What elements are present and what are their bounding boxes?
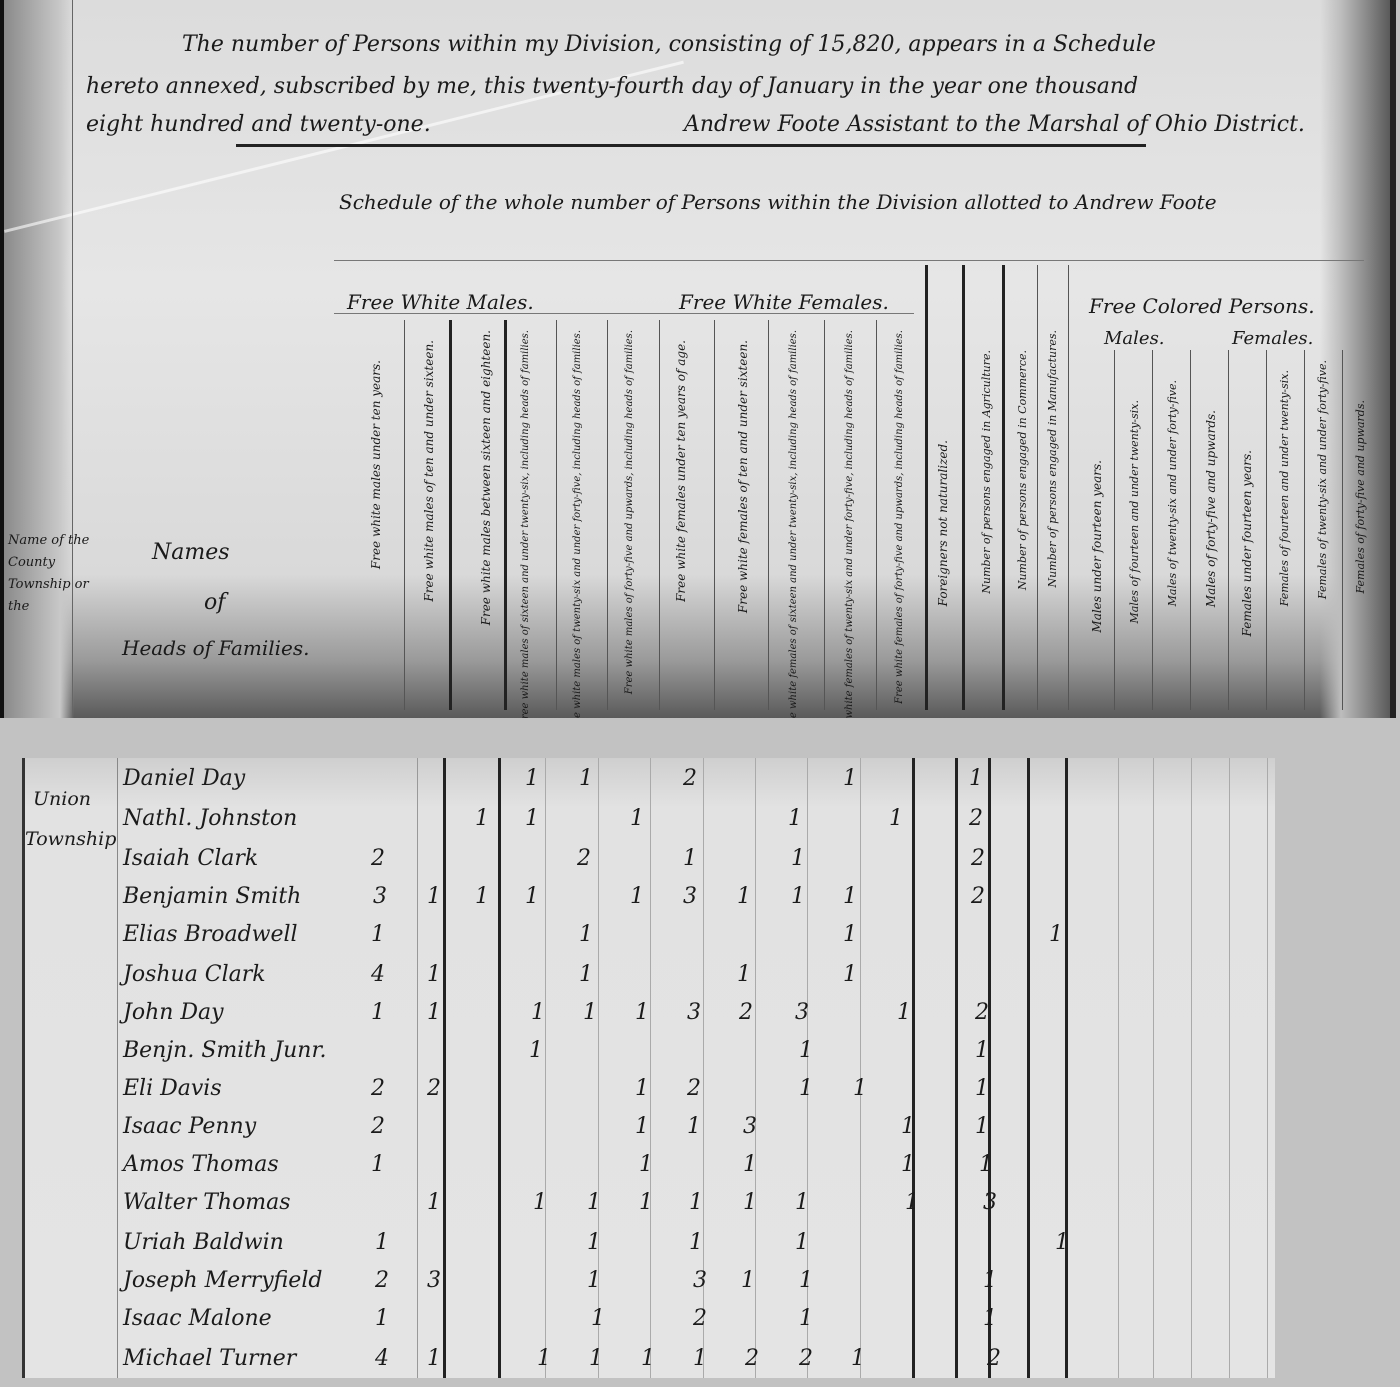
names-label-1: Names bbox=[152, 540, 230, 565]
group-colored-males: Males. bbox=[1104, 328, 1165, 349]
tally-cell: 2 bbox=[427, 1076, 441, 1101]
column-divider bbox=[824, 320, 825, 710]
tally-cell: 2 bbox=[971, 846, 985, 871]
column-divider-double bbox=[504, 320, 507, 710]
tally-cell: 1 bbox=[901, 1114, 915, 1139]
tally-cell: 1 bbox=[475, 884, 489, 909]
head-of-family-name: Isaac Malone bbox=[123, 1306, 272, 1331]
column-divider bbox=[876, 320, 877, 710]
tally-cell: 1 bbox=[851, 1346, 865, 1371]
signature-underline bbox=[236, 144, 1146, 147]
column-header: Number of persons engaged in Manufacture… bbox=[1046, 330, 1059, 588]
tally-cell: 1 bbox=[843, 962, 857, 987]
table-row: Amos Thomas11111 bbox=[25, 1148, 1275, 1186]
tally-cell: 1 bbox=[979, 1152, 993, 1177]
tally-cell: 1 bbox=[427, 1190, 441, 1215]
tally-cell: 1 bbox=[525, 884, 539, 909]
column-header: Number of persons engaged in Agriculture… bbox=[980, 350, 993, 594]
column-header: Males of forty-five and upwards. bbox=[1204, 410, 1218, 607]
tally-cell: 1 bbox=[639, 1152, 653, 1177]
column-header: Foreigners not naturalized. bbox=[936, 440, 950, 606]
column-header: Females of fourteen and under twenty-six… bbox=[1278, 370, 1291, 606]
column-divider bbox=[1342, 350, 1343, 710]
tally-cell: 2 bbox=[969, 806, 983, 831]
column-header: Males of fourteen and under twenty-six. bbox=[1128, 400, 1141, 624]
header-top-rule bbox=[334, 260, 1364, 261]
head-of-family-name: John Day bbox=[123, 1000, 224, 1025]
signature: Andrew Foote Assistant to the Marshal of… bbox=[684, 112, 1305, 137]
tally-cell: 1 bbox=[975, 1038, 989, 1063]
head-of-family-name: Amos Thomas bbox=[123, 1152, 279, 1177]
column-header: Free white males under ten years. bbox=[369, 360, 383, 569]
table-row: Isaiah Clark22112 bbox=[25, 842, 1275, 880]
schedule-heading: Schedule of the whole number of Persons … bbox=[339, 190, 1217, 214]
column-header: Free white females of ten and under sixt… bbox=[736, 340, 750, 613]
tally-cell: 1 bbox=[635, 1000, 649, 1025]
tally-cell: 1 bbox=[975, 1114, 989, 1139]
tally-cell: 1 bbox=[693, 1346, 707, 1371]
tally-cell: 4 bbox=[371, 962, 385, 987]
group-colored-females: Females. bbox=[1232, 328, 1313, 349]
tally-cell: 1 bbox=[687, 1114, 701, 1139]
tally-cell: 1 bbox=[587, 1268, 601, 1293]
tally-cell: 1 bbox=[579, 922, 593, 947]
tally-cell: 1 bbox=[788, 806, 802, 831]
head-of-family-name: Benjamin Smith bbox=[123, 884, 301, 909]
tally-cell: 1 bbox=[795, 1190, 809, 1215]
tally-cell: 1 bbox=[799, 1268, 813, 1293]
column-header: Number of persons engaged in Commerce. bbox=[1016, 350, 1029, 590]
tally-cell: 1 bbox=[537, 1346, 551, 1371]
tally-cell: 1 bbox=[799, 1038, 813, 1063]
tally-cell: 1 bbox=[853, 1076, 867, 1101]
table-row: Eli Davis2212111 bbox=[25, 1072, 1275, 1110]
tally-cell: 1 bbox=[427, 1346, 441, 1371]
tally-cell: 1 bbox=[791, 884, 805, 909]
tally-cell: 2 bbox=[371, 1076, 385, 1101]
tally-cell: 1 bbox=[375, 1306, 389, 1331]
column-header: Females under fourteen years. bbox=[1240, 450, 1254, 636]
column-divider bbox=[1228, 350, 1229, 710]
tally-cell: 2 bbox=[577, 846, 591, 871]
column-header: Free white males of sixteen and under tw… bbox=[520, 330, 531, 718]
head-of-family-name: Michael Turner bbox=[123, 1346, 296, 1371]
column-header: Free white males between sixteen and eig… bbox=[479, 330, 493, 625]
tally-cell: 1 bbox=[897, 1000, 911, 1025]
tally-cell: 1 bbox=[1049, 922, 1063, 947]
table-row: Benjamin Smith3111131112 bbox=[25, 880, 1275, 918]
column-header: Free white males of ten and under sixtee… bbox=[422, 340, 436, 602]
column-divider bbox=[556, 320, 557, 710]
tally-cell: 2 bbox=[745, 1346, 759, 1371]
tally-cell: 1 bbox=[975, 1076, 989, 1101]
tally-cell: 1 bbox=[843, 922, 857, 947]
schedule-rows-scan: Union Township Daniel Day11211Nathl. Joh… bbox=[22, 758, 1275, 1378]
column-divider bbox=[1114, 350, 1115, 710]
tally-cell: 2 bbox=[799, 1346, 813, 1371]
tally-cell: 1 bbox=[983, 1268, 997, 1293]
tally-cell: 2 bbox=[687, 1076, 701, 1101]
tally-cell: 1 bbox=[371, 1152, 385, 1177]
tally-cell: 3 bbox=[743, 1114, 757, 1139]
tally-cell: 1 bbox=[737, 884, 751, 909]
column-header: Free white females of forty-five and upw… bbox=[894, 330, 905, 704]
column-header: Free white females of twenty-six and und… bbox=[844, 330, 855, 718]
column-divider bbox=[1190, 350, 1191, 710]
tally-cell: 1 bbox=[639, 1190, 653, 1215]
tally-cell: 2 bbox=[987, 1346, 1001, 1371]
table-row: Michael Turner4111112212 bbox=[25, 1342, 1275, 1378]
tally-cell: 3 bbox=[693, 1268, 707, 1293]
column-divider bbox=[1037, 265, 1038, 710]
tally-cell: 1 bbox=[743, 1190, 757, 1215]
tally-cell: 3 bbox=[687, 1000, 701, 1025]
group-free-white-males: Free White Males. bbox=[347, 290, 534, 314]
table-row: Isaac Penny211311 bbox=[25, 1110, 1275, 1148]
column-divider bbox=[768, 320, 769, 710]
column-divider-double bbox=[1002, 265, 1005, 710]
head-of-family-name: Elias Broadwell bbox=[123, 922, 298, 947]
column-divider bbox=[1304, 350, 1305, 710]
column-divider bbox=[1152, 350, 1153, 710]
head-of-family-name: Benjn. Smith Junr. bbox=[123, 1038, 327, 1063]
table-row: Joshua Clark41111 bbox=[25, 958, 1275, 996]
tally-cell: 1 bbox=[969, 766, 983, 791]
head-of-family-name: Eli Davis bbox=[123, 1076, 222, 1101]
tally-cell: 3 bbox=[427, 1268, 441, 1293]
column-divider bbox=[659, 320, 660, 710]
table-row: Daniel Day11211 bbox=[25, 762, 1275, 800]
tally-cell: 1 bbox=[587, 1230, 601, 1255]
tally-cell: 1 bbox=[531, 1000, 545, 1025]
names-label-2: of bbox=[204, 590, 225, 615]
tally-cell: 1 bbox=[791, 846, 805, 871]
head-of-family-name: Daniel Day bbox=[123, 766, 245, 791]
tally-cell: 3 bbox=[983, 1190, 997, 1215]
table-row: Joseph Merryfield2313111 bbox=[25, 1264, 1275, 1302]
tally-cell: 1 bbox=[641, 1346, 655, 1371]
tally-cell: 1 bbox=[579, 962, 593, 987]
head-of-family-name: Isaac Penny bbox=[123, 1114, 256, 1139]
tally-cell: 1 bbox=[475, 806, 489, 831]
tally-cell: 1 bbox=[799, 1306, 813, 1331]
tally-cell: 1 bbox=[683, 846, 697, 871]
tally-cell: 3 bbox=[373, 884, 387, 909]
tally-cell: 1 bbox=[371, 922, 385, 947]
tally-cell: 1 bbox=[579, 766, 593, 791]
tally-cell: 1 bbox=[741, 1268, 755, 1293]
tally-cell: 1 bbox=[583, 1000, 597, 1025]
column-divider bbox=[404, 320, 405, 710]
tally-cell: 1 bbox=[901, 1152, 915, 1177]
tally-cell: 1 bbox=[533, 1190, 547, 1215]
column-header: Free white males of twenty-six and under… bbox=[572, 330, 583, 718]
table-row: Isaac Malone11211 bbox=[25, 1302, 1275, 1340]
attestation-line-2: hereto annexed, subscribed by me, this t… bbox=[86, 74, 1138, 99]
column-header: Free white females under ten years of ag… bbox=[674, 340, 688, 602]
tally-cell: 1 bbox=[843, 766, 857, 791]
tally-cell: 1 bbox=[1055, 1230, 1069, 1255]
column-divider bbox=[607, 320, 608, 710]
tally-cell: 1 bbox=[889, 806, 903, 831]
tally-cell: 1 bbox=[587, 1190, 601, 1215]
tally-cell: 2 bbox=[683, 766, 697, 791]
tally-cell: 1 bbox=[689, 1230, 703, 1255]
column-divider-double bbox=[925, 265, 928, 710]
group-free-colored-persons: Free Colored Persons. bbox=[1089, 294, 1315, 318]
tally-cell: 2 bbox=[971, 884, 985, 909]
tally-cell: 1 bbox=[795, 1230, 809, 1255]
tally-cell: 1 bbox=[371, 1000, 385, 1025]
column-header: Females of twenty-six and under forty-fi… bbox=[1316, 360, 1329, 599]
tally-cell: 2 bbox=[739, 1000, 753, 1025]
tally-cell: 1 bbox=[743, 1152, 757, 1177]
table-row: Uriah Baldwin11111 bbox=[25, 1226, 1275, 1264]
tally-cell: 1 bbox=[630, 884, 644, 909]
tally-cell: 1 bbox=[689, 1190, 703, 1215]
tally-cell: 1 bbox=[427, 962, 441, 987]
tally-cell: 1 bbox=[591, 1306, 605, 1331]
head-of-family-name: Joseph Merryfield bbox=[123, 1268, 322, 1293]
tally-cell: 4 bbox=[375, 1346, 389, 1371]
tally-cell: 1 bbox=[525, 806, 539, 831]
schedule-header-scan: The number of Persons within my Division… bbox=[0, 0, 1396, 718]
column-header: Males of twenty-six and under forty-five… bbox=[1166, 380, 1179, 606]
attestation-line-3: eight hundred and twenty-one. bbox=[86, 112, 431, 137]
column-divider bbox=[1068, 265, 1069, 710]
tally-cell: 1 bbox=[635, 1114, 649, 1139]
column-divider-double bbox=[962, 265, 965, 710]
county-township-label: Name of the County Township or the bbox=[8, 530, 98, 618]
table-row: Benjn. Smith Junr.111 bbox=[25, 1034, 1275, 1072]
column-divider bbox=[714, 320, 715, 710]
head-of-family-name: Nathl. Johnston bbox=[123, 806, 297, 831]
table-row: Elias Broadwell1111 bbox=[25, 918, 1275, 956]
tally-cell: 1 bbox=[529, 1038, 543, 1063]
scan-shadow-right bbox=[1320, 0, 1390, 718]
attestation-line-1: The number of Persons within my Division… bbox=[182, 32, 1156, 57]
head-of-family-name: Isaiah Clark bbox=[123, 846, 258, 871]
tally-cell: 2 bbox=[693, 1306, 707, 1331]
tally-cell: 3 bbox=[683, 884, 697, 909]
table-row: John Day1111132312 bbox=[25, 996, 1275, 1034]
tally-cell: 1 bbox=[737, 962, 751, 987]
tally-cell: 1 bbox=[799, 1076, 813, 1101]
tally-cell: 1 bbox=[983, 1306, 997, 1331]
tally-cell: 1 bbox=[905, 1190, 919, 1215]
tally-cell: 1 bbox=[525, 766, 539, 791]
column-header: Males under fourteen years. bbox=[1090, 460, 1104, 633]
tally-cell: 2 bbox=[371, 846, 385, 871]
column-header: Females of forty-five and upwards. bbox=[1354, 400, 1367, 593]
group-free-white-females: Free White Females. bbox=[679, 290, 889, 314]
tally-cell: 1 bbox=[635, 1076, 649, 1101]
table-row: Walter Thomas111111113 bbox=[25, 1186, 1275, 1224]
head-of-family-name: Joshua Clark bbox=[123, 962, 266, 987]
tally-cell: 3 bbox=[795, 1000, 809, 1025]
tally-cell: 2 bbox=[375, 1268, 389, 1293]
tally-cell: 1 bbox=[843, 884, 857, 909]
column-header: Free white females of sixteen and under … bbox=[788, 330, 799, 718]
column-divider bbox=[1266, 350, 1267, 710]
names-label-3: Heads of Families. bbox=[122, 636, 309, 660]
tally-cell: 1 bbox=[375, 1230, 389, 1255]
column-header: Free white males of forty-five and upwar… bbox=[624, 330, 635, 694]
tally-cell: 2 bbox=[975, 1000, 989, 1025]
column-divider-double bbox=[449, 320, 452, 710]
head-of-family-name: Walter Thomas bbox=[123, 1190, 291, 1215]
head-of-family-name: Uriah Baldwin bbox=[123, 1230, 284, 1255]
tally-cell: 1 bbox=[589, 1346, 603, 1371]
tally-cell: 1 bbox=[427, 1000, 441, 1025]
tally-cell: 2 bbox=[371, 1114, 385, 1139]
tally-cell: 1 bbox=[427, 884, 441, 909]
table-row: Nathl. Johnston111112 bbox=[25, 802, 1275, 840]
tally-cell: 1 bbox=[630, 806, 644, 831]
